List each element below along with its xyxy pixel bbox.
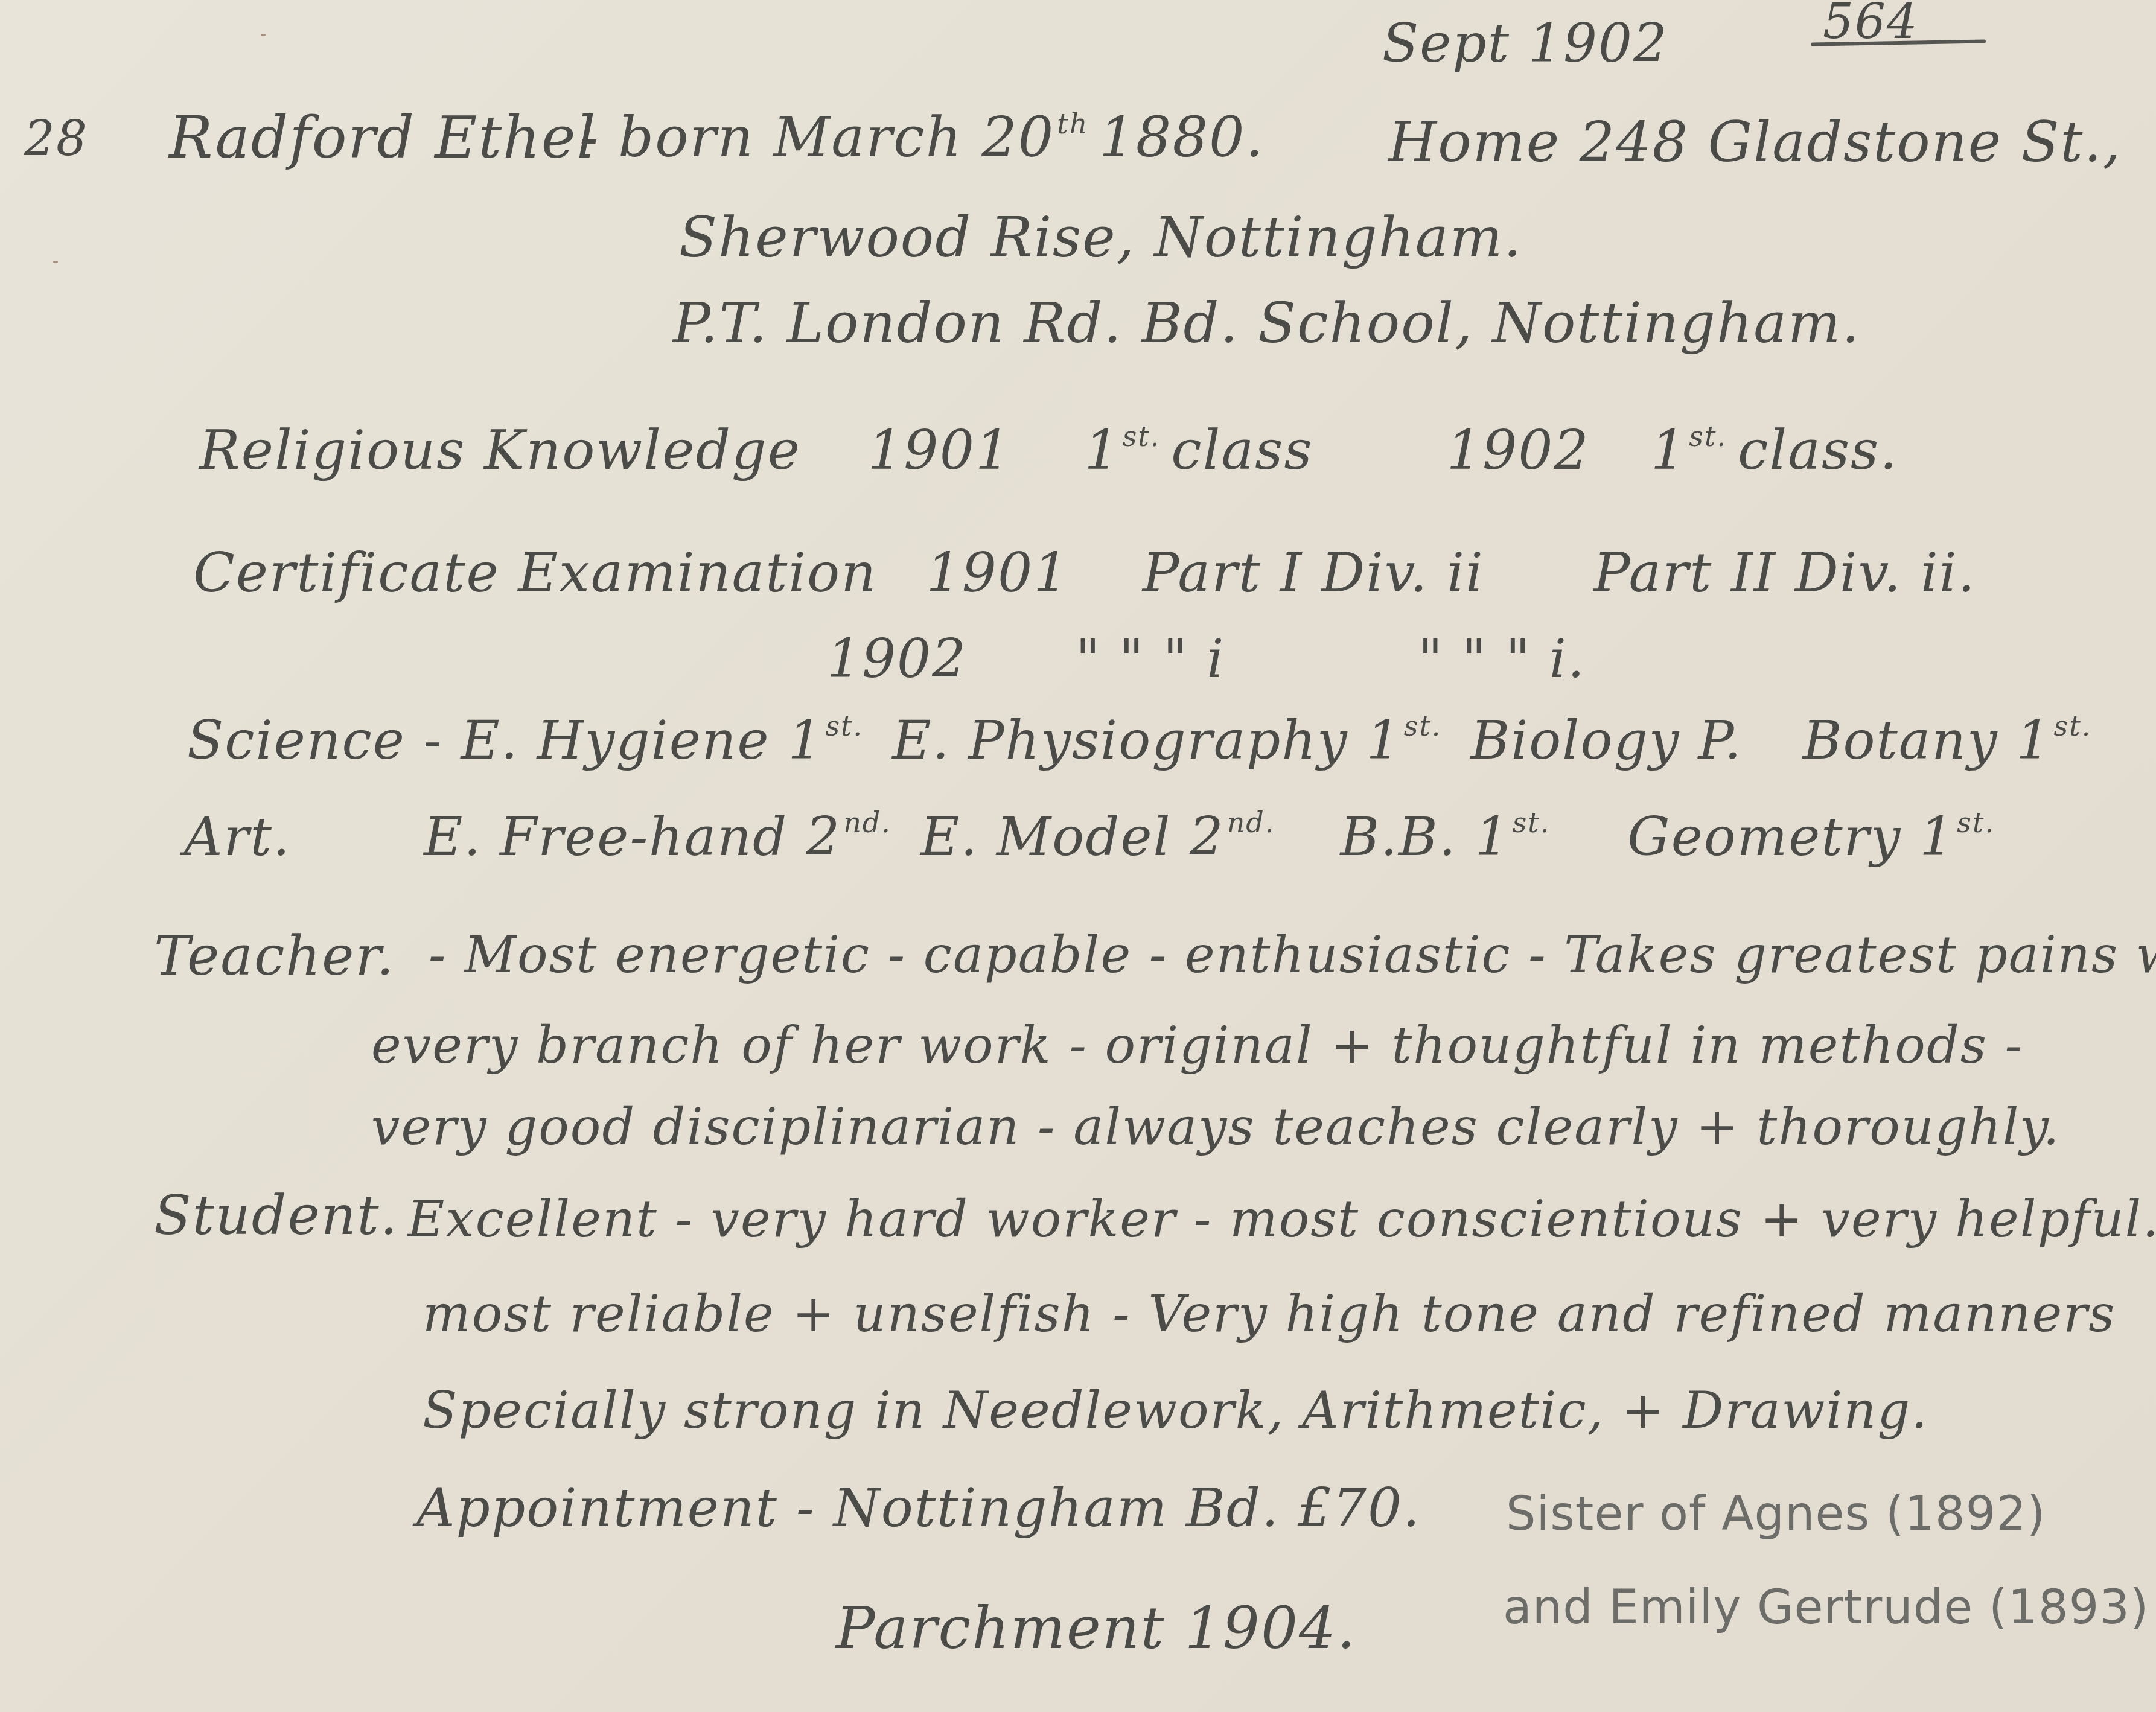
rk-result1-text: class: [1171, 419, 1313, 482]
appointment-row: Appointment - Nottingham Bd. £70.: [416, 1481, 1421, 1535]
paper-speck: [261, 34, 266, 36]
art-item-model: E. Model 2nd.: [920, 806, 1286, 868]
science-label: Science: [187, 709, 406, 771]
born-label: - born March 20: [579, 105, 1054, 170]
rk-year-1901: 1901: [868, 419, 1011, 482]
entry-address-line2: Sherwood Rise, Nottingham.: [679, 210, 1522, 266]
cert-part1: Part I Div. ii: [1143, 541, 1484, 605]
parchment-year: Parchment 1904.: [836, 1599, 1357, 1657]
certificate-exam-row-1902: 1902 " " " i " " " i.: [827, 632, 1586, 686]
entry-born: - born March 20th1880.: [579, 110, 1265, 165]
page-date: Sept 1902: [1382, 17, 1668, 70]
art-row: Art. E. Free-hand 2nd. E. Model 2nd. B.B…: [184, 809, 2006, 864]
science-item-biology: Biology P.: [1470, 709, 1742, 771]
art-item-bb: B.B. 1st.: [1340, 806, 1561, 868]
entry-number: 28: [24, 115, 88, 163]
rk-result2-suffix: st.: [1689, 420, 1727, 453]
entry-home-address: Home 248 Gladstone St.,: [1388, 115, 2122, 170]
student-remark-line-2: most reliable + unselfish - Very high to…: [423, 1288, 2116, 1339]
entry-pupil-teacher-school: P.T. London Rd. Bd. School, Nottingham.: [673, 296, 1860, 351]
teacher-remark-line-2: every branch of her work - original + th…: [371, 1020, 2023, 1071]
register-page: Sept 1902 564 28 Radford Ethel - born Ma…: [0, 0, 2156, 1712]
art-item-freehand: E. Free-hand 2nd.: [424, 806, 902, 868]
born-year: 1880.: [1099, 105, 1264, 170]
teacher-remark-line-1: - Most energetic - capable - enthusiasti…: [429, 929, 2156, 980]
teacher-remark-line-3: very good disciplinarian - always teache…: [371, 1101, 2061, 1152]
science-item-physiography: E. Physiography 1st.: [892, 709, 1452, 771]
rk-result2-text: class.: [1738, 419, 1898, 482]
student-remark-line-3: Specially strong in Needlework, Arithmet…: [423, 1385, 1928, 1436]
rk-result2-num: 1: [1651, 419, 1686, 482]
science-item-hygiene: - E. Hygiene 1st.: [424, 709, 874, 771]
rk-year-1902: 1902: [1447, 419, 1590, 482]
art-item-geometry: Geometry 1st.: [1627, 806, 2006, 868]
cert-part2: Part II Div. ii.: [1593, 541, 1976, 605]
certificate-exam-label: Certificate Examination: [193, 541, 877, 605]
cert-part2: " " " i.: [1418, 628, 1585, 690]
student-remark-line-1: Excellent - very hard worker - most cons…: [407, 1194, 2156, 1244]
teacher-label: Teacher.: [154, 929, 395, 984]
entry-name: Radford Ethel: [169, 109, 596, 167]
cert-year: 1902: [827, 628, 967, 690]
cert-year: 1901: [926, 541, 1069, 605]
pencil-note-line-1: Sister of Agnes (1892): [1506, 1491, 2046, 1538]
rk-result1-suffix: st.: [1123, 420, 1161, 453]
born-day-suffix: th: [1057, 107, 1088, 140]
science-item-botany: Botany 1st.: [1803, 709, 2103, 771]
paper-speck: [53, 261, 58, 263]
appointment-text: - Nottingham Bd. £70.: [796, 1477, 1421, 1539]
science-row: Science - E. Hygiene 1st. E. Physiograph…: [187, 712, 2102, 767]
religious-knowledge-label: Religious Knowledge: [199, 419, 801, 482]
page-number: 564: [1823, 0, 1919, 46]
cert-part1: " " " i: [1076, 628, 1225, 690]
art-label: Art.: [184, 806, 291, 868]
certificate-exam-row-1901: Certificate Examination 1901 Part I Div.…: [193, 546, 1976, 600]
pencil-note-line-2: and Emily Gertrude (1893): [1503, 1584, 2149, 1631]
student-label: Student.: [154, 1189, 398, 1243]
religious-knowledge-row: Religious Knowledge 1901 1st.class 1902 …: [199, 422, 1898, 478]
appointment-label: Appointment: [416, 1477, 778, 1539]
rk-result1-num: 1: [1084, 419, 1120, 482]
